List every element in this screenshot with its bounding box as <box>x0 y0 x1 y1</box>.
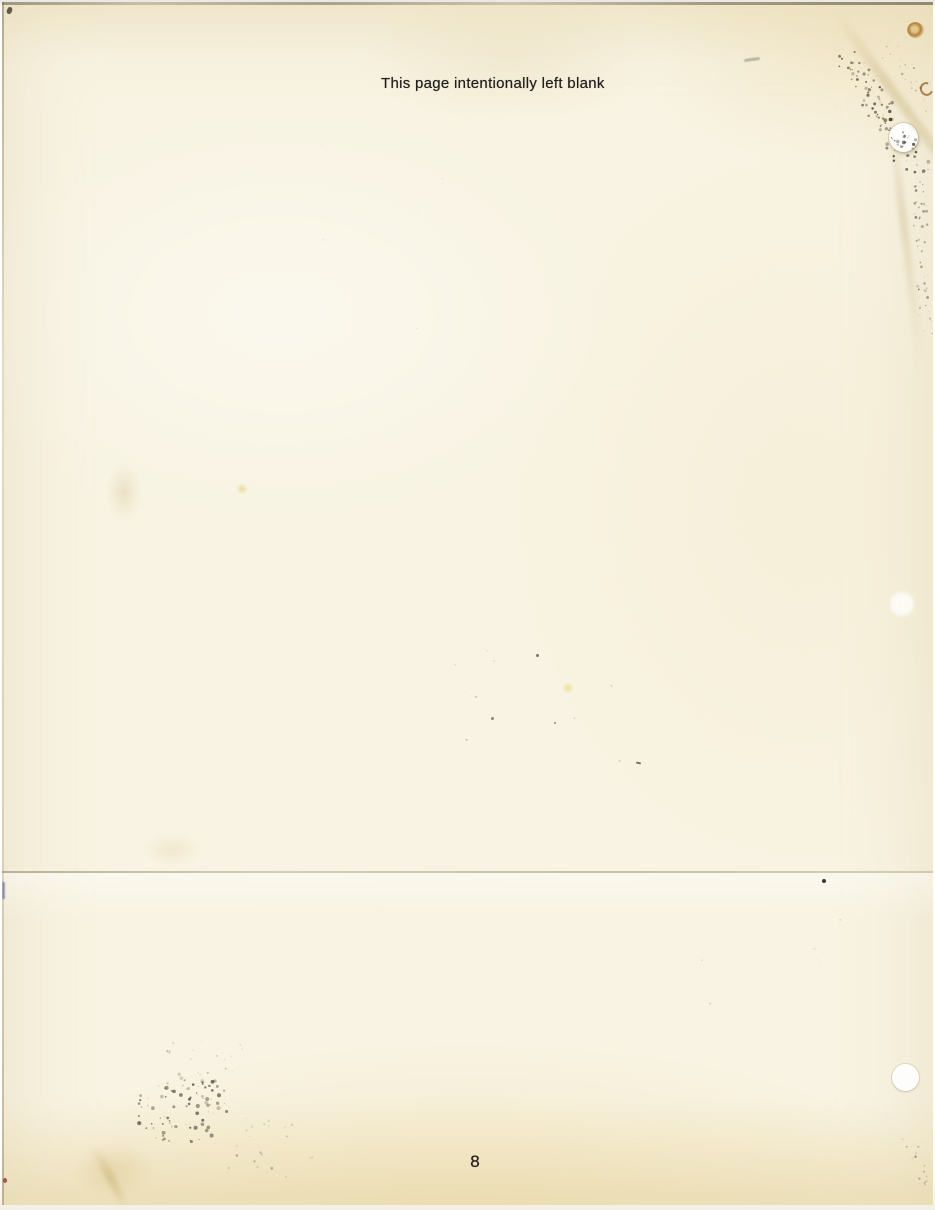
ink-dot <box>822 879 826 883</box>
blank-page-notice: This page intentionally left blank <box>381 75 605 92</box>
stain-streak-top-right-2 <box>887 120 925 364</box>
tiny-speck <box>554 722 556 724</box>
stain-streak-top-right-1 <box>832 10 933 218</box>
c-shaped-stain <box>918 80 933 98</box>
paper-left-edge <box>2 2 4 1205</box>
paper-top-edge <box>2 2 933 5</box>
hole-punch-top <box>889 123 918 152</box>
tiny-speck <box>491 717 494 720</box>
tiny-speck <box>636 762 641 765</box>
fold-crease-highlight <box>2 873 933 919</box>
red-speck <box>3 1178 7 1183</box>
tiny-speck <box>536 654 539 657</box>
aged-paper-sheet: This page intentionally left blank 8 <box>2 2 933 1205</box>
scanned-page-background: This page intentionally left blank 8 <box>0 0 935 1210</box>
speckle-stains-overlay <box>2 2 933 1205</box>
corner-speck <box>6 6 13 14</box>
page-number: 8 <box>460 1152 490 1172</box>
hole-punch-bottom <box>892 1064 919 1091</box>
stain-streak-bottom-left <box>90 1145 132 1205</box>
rust-spot-stain <box>907 22 924 38</box>
gray-dash-mark <box>744 57 760 62</box>
hole-punch-middle <box>890 592 914 616</box>
